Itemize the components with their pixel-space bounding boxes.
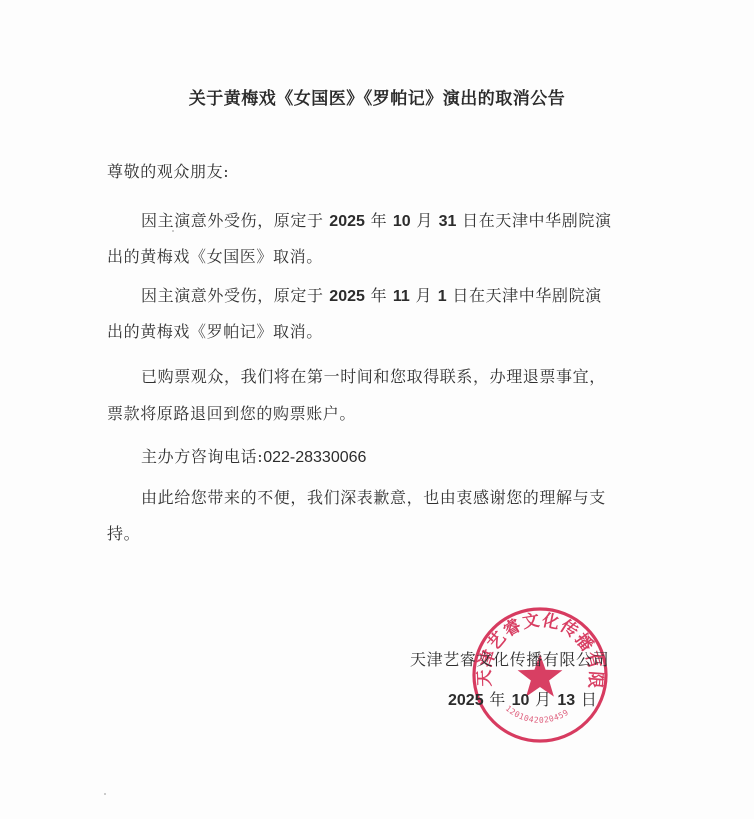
contact-phone-number: 022-28330066 <box>263 449 366 466</box>
document-page: 关于黄梅戏《女国医》《罗帕记》演出的取消公告 尊敬的观众朋友: 因主演意外受伤，… <box>0 0 754 819</box>
paragraph-1-line-2: 出的黄梅戏《女国医》取消。 <box>107 246 323 268</box>
p1-year-unit: 年 <box>365 211 393 230</box>
p2-prefix: 因主演意外受伤，原定于 <box>141 286 329 305</box>
p2-month-unit: 月 <box>410 286 438 305</box>
scan-speck <box>172 230 174 232</box>
sig-month-unit: 月 <box>529 690 557 709</box>
paragraph-2-line-2: 出的黄梅戏《罗帕记》取消。 <box>107 321 323 343</box>
contact-phone-label: 主办方咨询电话: <box>141 447 263 466</box>
p1-month: 10 <box>393 213 411 230</box>
signature-date: 2025 年 10 月 13 日 <box>448 689 597 712</box>
p2-month: 11 <box>393 288 410 305</box>
contact-phone-line: 主办方咨询电话:022-28330066 <box>141 446 366 469</box>
sig-year: 2025 <box>448 692 484 709</box>
sig-year-unit: 年 <box>484 690 512 709</box>
salutation: 尊敬的观众朋友: <box>107 161 229 183</box>
paragraph-2-line-1: 因主演意外受伤，原定于 2025 年 11 月 1 日在天津中华剧院演 <box>141 285 602 308</box>
paragraph-3-line-2: 票款将原路退回到您的购票账户。 <box>107 403 356 425</box>
p1-prefix: 因主演意外受伤，原定于 <box>141 211 329 230</box>
scan-speck <box>104 793 106 795</box>
document-title: 关于黄梅戏《女国医》《罗帕记》演出的取消公告 <box>0 84 754 109</box>
sig-day-unit: 日 <box>575 690 597 709</box>
p1-month-unit: 月 <box>411 211 439 230</box>
signature-company: 天津艺睿文化传播有限公司 <box>410 649 609 671</box>
sig-month: 10 <box>512 692 530 709</box>
paragraph-5-line-2: 持。 <box>107 523 140 545</box>
p1-suffix: 日在天津中华剧院演 <box>456 211 611 230</box>
p1-year: 2025 <box>329 213 365 230</box>
p2-year: 2025 <box>329 288 365 305</box>
sig-day: 13 <box>557 692 575 709</box>
p1-day: 31 <box>439 213 457 230</box>
paragraph-1-line-1: 因主演意外受伤，原定于 2025 年 10 月 31 日在天津中华剧院演 <box>141 210 612 233</box>
p2-year-unit: 年 <box>365 286 393 305</box>
p2-suffix: 日在天津中华剧院演 <box>447 286 602 305</box>
p2-day: 1 <box>438 288 447 305</box>
paragraph-3-line-1: 已购票观众，我们将在第一时间和您取得联系，办理退票事宜， <box>141 366 606 388</box>
paragraph-5-line-1: 由此给您带来的不便，我们深表歉意，也由衷感谢您的理解与支 <box>141 487 606 509</box>
company-seal: 天津艺睿文化传播有限公司 1201042020459 <box>470 604 610 746</box>
